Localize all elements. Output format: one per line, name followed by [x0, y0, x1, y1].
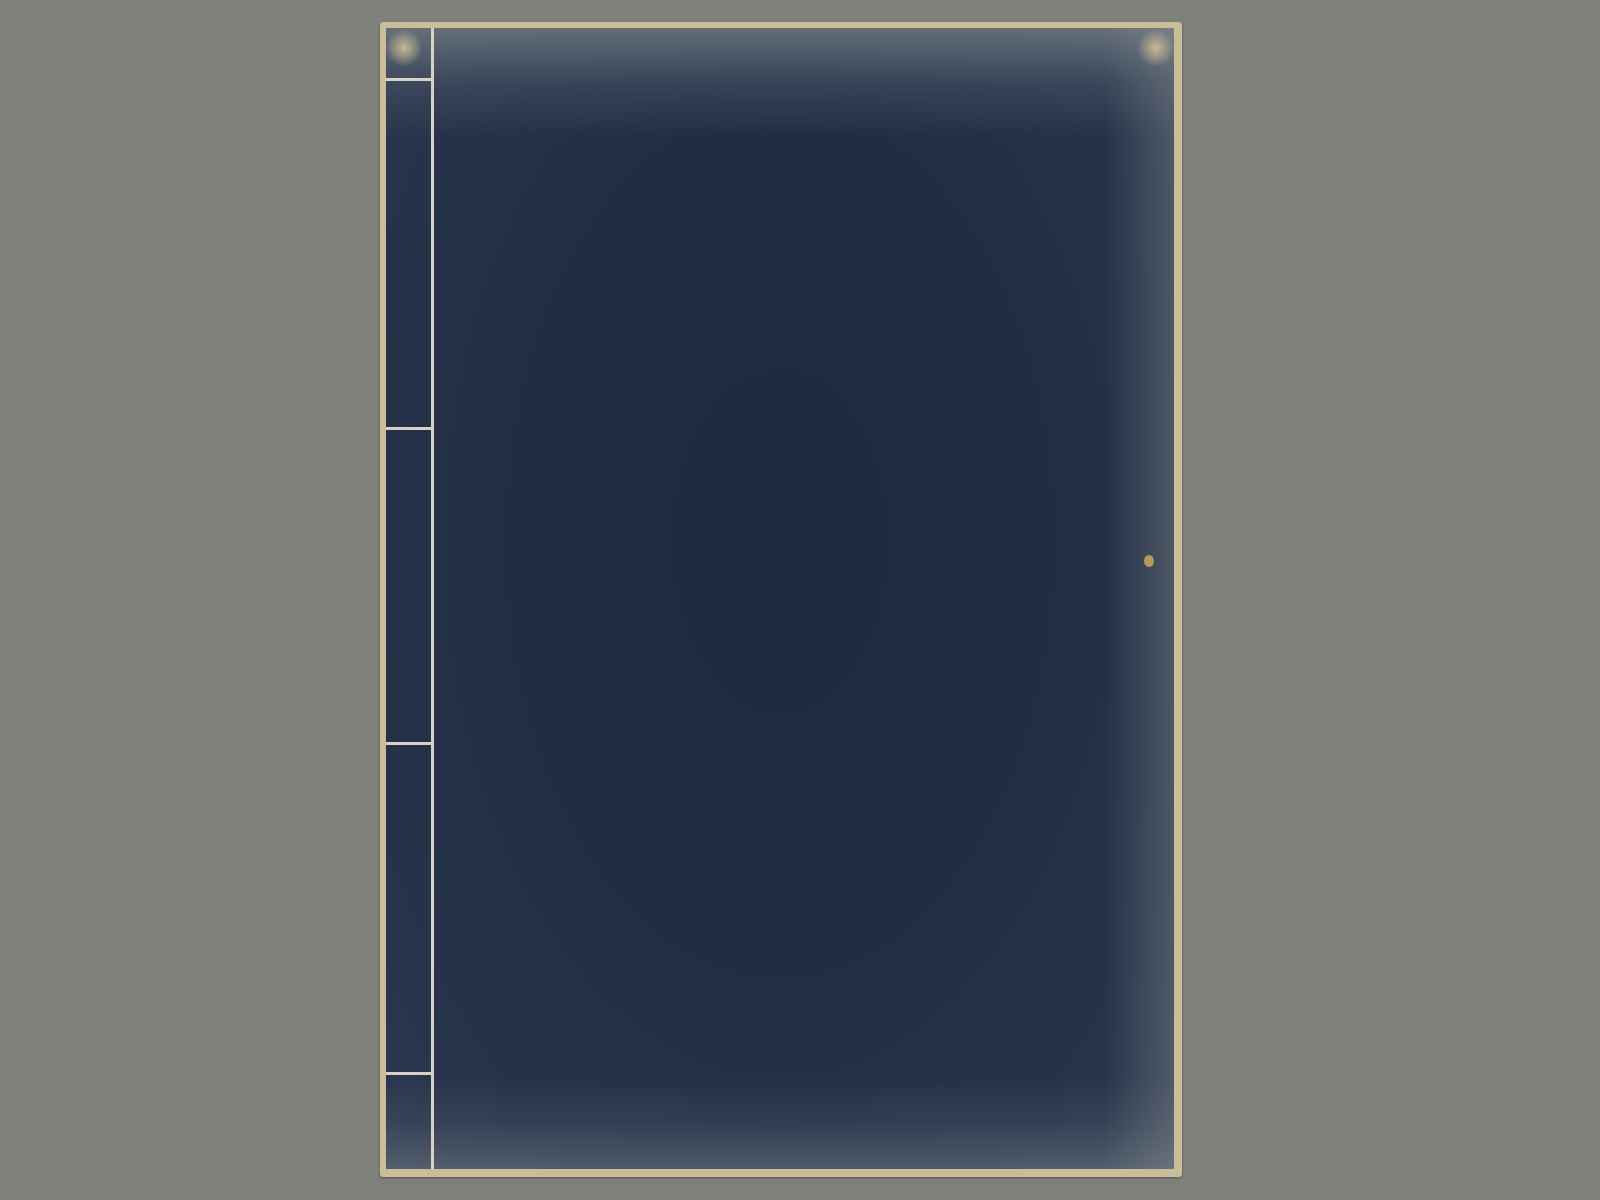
book	[380, 22, 1182, 1177]
cover-speck	[1144, 555, 1154, 567]
binding-stitch	[386, 427, 434, 430]
cover-wear-bottom	[386, 1079, 1174, 1169]
binding-stitch	[386, 1072, 434, 1075]
cover-wear-top	[386, 28, 1174, 138]
worn-corner-top-left	[386, 28, 422, 68]
cover-wear-right	[1104, 28, 1174, 1169]
binding-stitch	[386, 78, 434, 81]
binding-stitch	[386, 742, 434, 745]
binding-thread-line	[431, 28, 434, 1169]
worn-corner-top-right	[1138, 28, 1174, 68]
book-cover	[386, 28, 1174, 1169]
